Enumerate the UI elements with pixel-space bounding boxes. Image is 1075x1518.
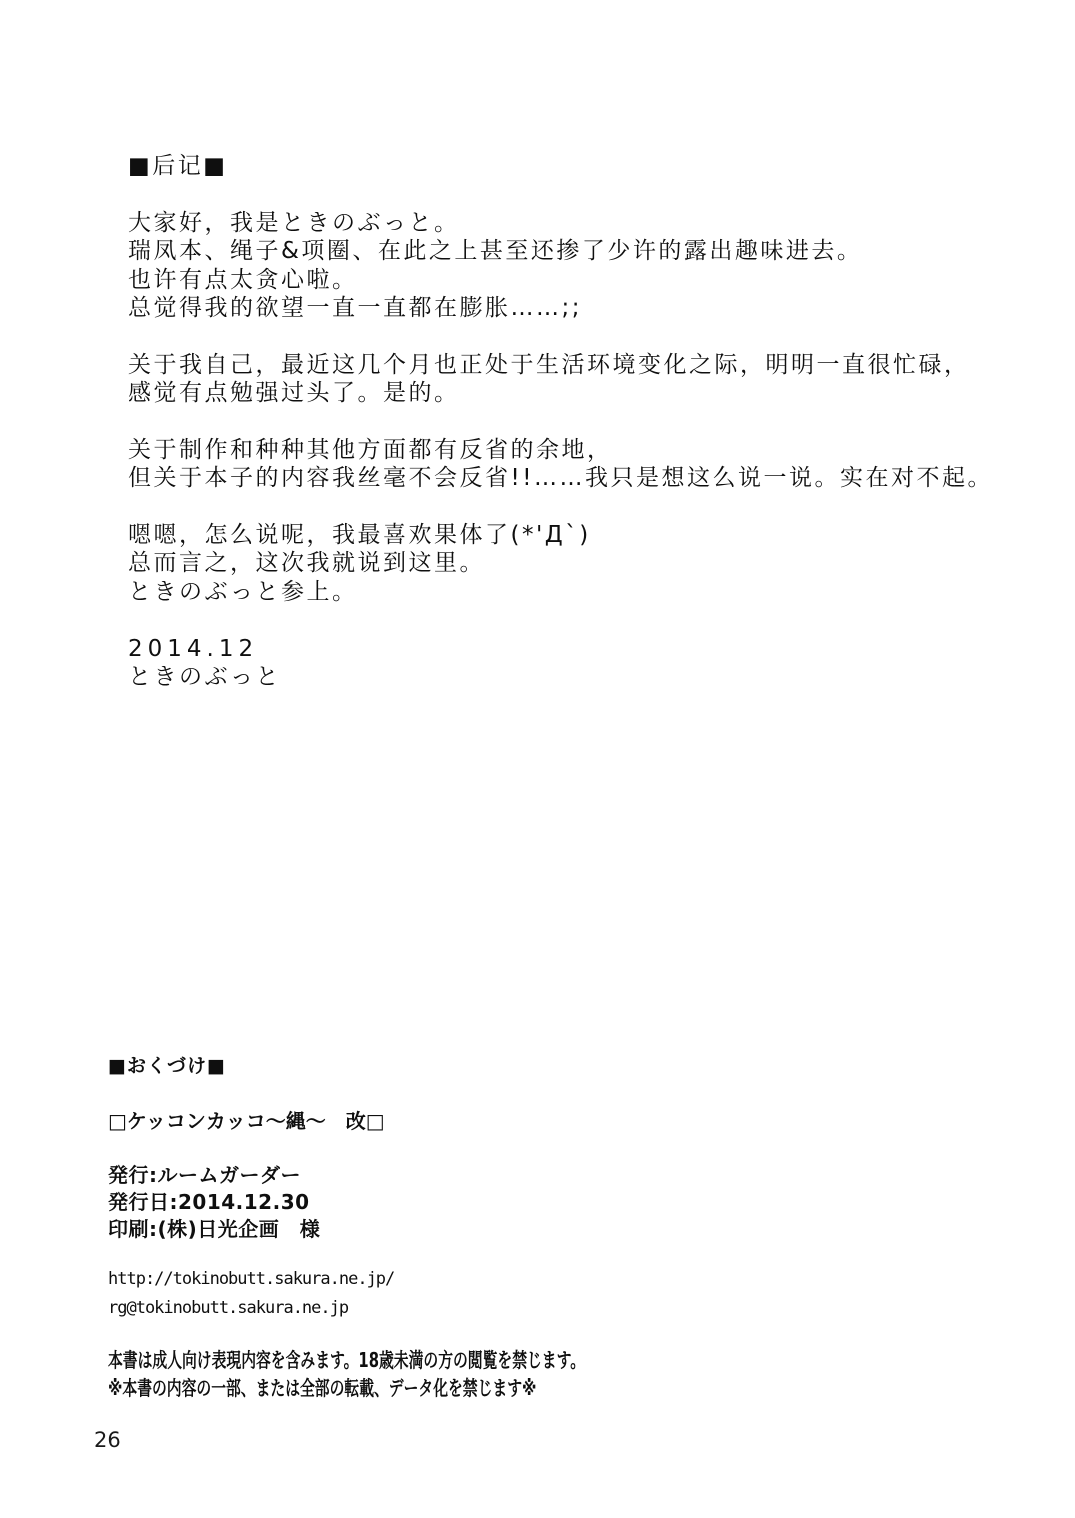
afterword-line: 嗯嗯，怎么说呢，我最喜欢果体了(*'Д`) [128,521,993,549]
colophon-book-title: □ケッコンカッコ～縄～ 改□ [108,1110,385,1132]
afterword-blank-line [128,322,993,350]
scanned-document-page: ■后记■ 大家好，我是ときのぶっと。 瑞凤本、绳子&项圈、在此之上甚至还掺了少许… [0,0,1075,1518]
colophon-email-address: rg@tokinobutt.sakura.ne.jp [108,1299,348,1318]
afterword-blank-line [128,493,993,521]
afterword-line: 感觉有点勉强过头了。是的。 [128,379,993,407]
afterword-date: 2014.12 [128,635,993,663]
afterword-line: 总而言之，这次我就说到这里。 [128,549,993,577]
colophon-publisher: 発行:ルームガーダー [108,1164,301,1186]
colophon-heading: ■おくづけ■ [108,1056,226,1077]
colophon-website-url: http://tokinobutt.sakura.ne.jp/ [108,1270,394,1289]
afterword-line: 大家好，我是ときのぶっと。 [128,209,993,237]
afterword-line: 关于制作和种种其他方面都有反省的余地， [128,436,993,464]
afterword-blank-line [128,408,993,436]
afterword-line: 也许有点太贪心啦。 [128,266,993,294]
afterword-line: 总觉得我的欲望一直一直都在膨胀……;; [128,294,993,322]
colophon-publish-date: 発行日:2014.12.30 [108,1191,310,1213]
colophon-adult-notice: 本書は成人向け表現内容を含みます。18歳未満の方の閲覧を禁じます。 [108,1349,585,1371]
colophon-reproduction-notice: ※本書の内容の一部、または全部の転載、データ化を禁じます※ [108,1377,536,1399]
afterword-author-name: ときのぶっと [128,663,993,691]
page-number: 26 [94,1428,121,1452]
colophon-printer: 印刷:(株)日光企画 様 [108,1218,320,1240]
afterword-line: 瑞凤本、绳子&项圈、在此之上甚至还掺了少许的露出趣味进去。 [128,237,993,265]
afterword-line: 但关于本子的内容我丝毫不会反省!!……我只是想这么说一说。实在对不起。 [128,464,993,492]
afterword-blank-line [128,606,993,634]
afterword-signoff-line: ときのぶっと参上。 [128,578,993,606]
afterword-text-block: ■后记■ 大家好，我是ときのぶっと。 瑞凤本、绳子&项圈、在此之上甚至还掺了少许… [128,152,993,691]
afterword-blank-line [128,180,993,208]
afterword-heading: ■后记■ [128,152,993,180]
afterword-line: 关于我自己，最近这几个月也正处于生活环境变化之际，明明一直很忙碌， [128,351,993,379]
